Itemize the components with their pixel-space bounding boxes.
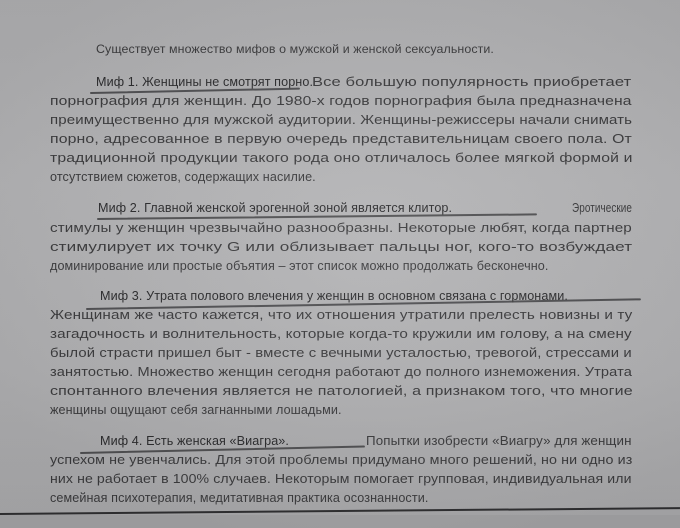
myth-1-line-2: преимущественно для мужской аудитории. Ж… — [50, 113, 632, 127]
photographed-document-page: Существует множество мифов о мужской и ж… — [0, 0, 680, 528]
myth-1-line-3: порно, адресованное в первую очередь пре… — [50, 132, 632, 146]
myth-2-title: Миф 2. Главной женской эрогенной зоной я… — [98, 201, 452, 215]
myth-4-title: Миф 4. Есть женская «Виагра». — [100, 434, 289, 448]
myth-2-line-1: стимулы у женщин чрезвычайно разнообразн… — [50, 221, 632, 235]
page-bottom-edge — [0, 507, 680, 515]
myth-3-line-1: загадочность и волнительность, которые к… — [50, 327, 632, 341]
myth-2-line-0: Эротические — [572, 201, 632, 215]
myth-1-line-5: отсутствием сюжетов, содержащих насилие. — [50, 170, 316, 184]
myth-4-line-1: успехом не увенчались. Для этой проблемы… — [50, 453, 632, 467]
intro-text: Существует множество мифов о мужской и ж… — [96, 42, 566, 56]
myth-3-line-0: Женщинам же часто кажется, что их отноше… — [50, 308, 632, 322]
myth-1-line-0: Все большую популярность приобретает — [312, 75, 631, 89]
myth-4-line-0: Попытки изобрести «Виагру» для женщин — [366, 434, 632, 448]
myth-1-line-4: традиционной продукции такого рода оно о… — [50, 151, 633, 165]
myth-3-line-2: былой страсти пришел быт - вместе с вечн… — [50, 346, 632, 360]
background-surface — [0, 515, 680, 528]
myth-2-line-2: стимулирует их точку G или облизывает па… — [50, 240, 632, 254]
myth-2-line-3: доминирование или простые объятия – этот… — [50, 259, 548, 273]
myth-1-line-1: порнография для женщин. До 1980-х годов … — [50, 94, 632, 108]
myth-3-line-3: занятостью. Множество женщин сегодня раб… — [50, 365, 632, 379]
myth-3-line-5: женщины ощущают себя загнанными лошадьми… — [50, 403, 342, 417]
myth-1-title: Миф 1. Женщины не смотрят порно. — [96, 75, 313, 89]
myth-4-line-2: них не работает в 100% случаев. Некоторы… — [50, 472, 632, 486]
myth-3-line-4: спонтанного влечения является не патолог… — [50, 384, 633, 398]
myth-4-line-3: семейная психотерапия, медитативная прак… — [50, 491, 428, 505]
